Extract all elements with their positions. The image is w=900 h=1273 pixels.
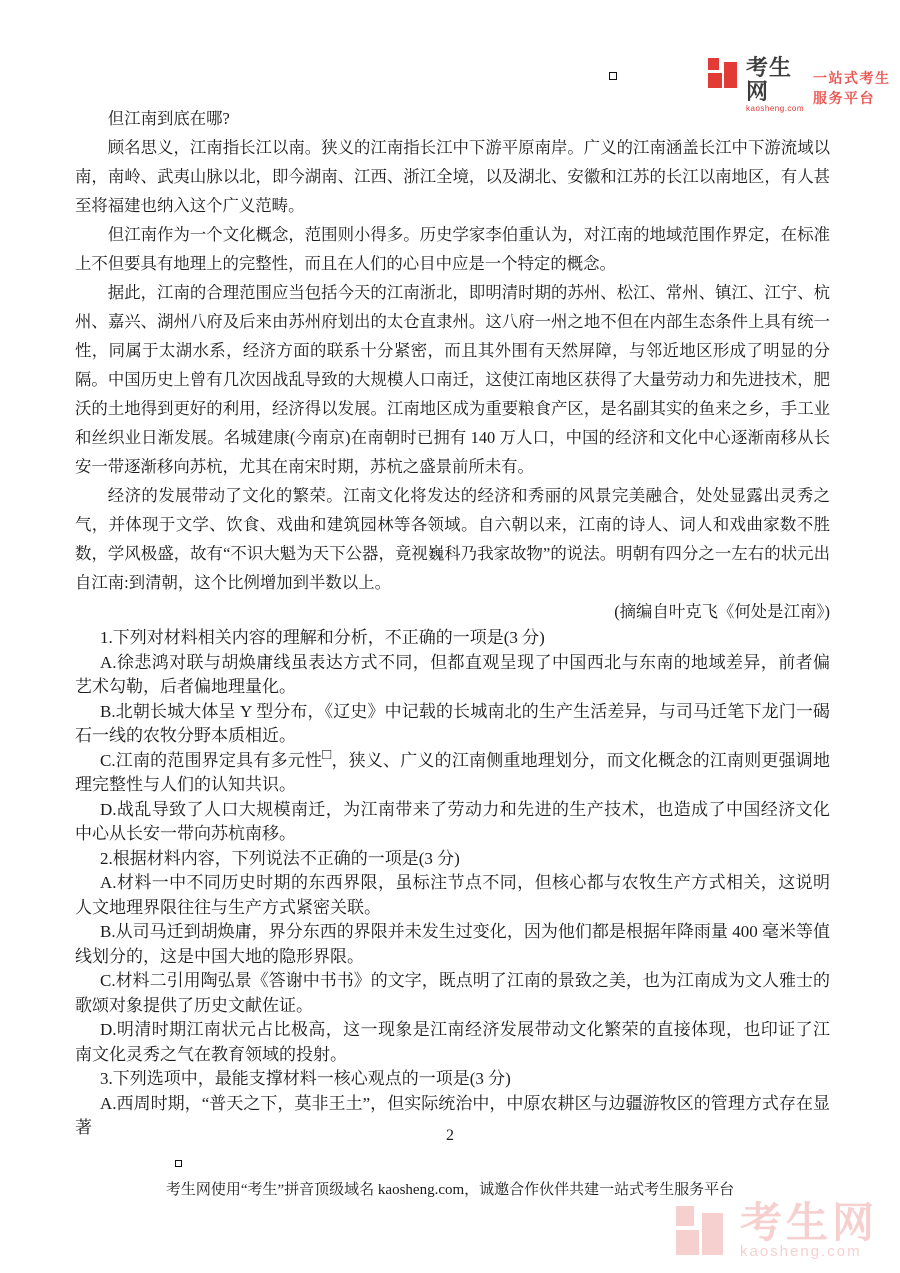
logo-tagline: 一站式考生服务平台 [813,68,900,108]
material-paragraph: 但江南到底在哪? [75,104,830,133]
kaosheng-watermark-icon [676,1203,730,1259]
option-c-text-before: C.江南的范围界定具有多元性 [100,751,322,770]
footer-slogan: 考生网使用“考生”拼音顶级域名 kaosheng.com，诚邀合作伙伴共建一站式… [0,1178,900,1199]
question-2-option-c: C.材料二引用陶弘景《答谢中书书》的文字，既点明了江南的景致之美，也为江南成为文… [75,969,830,1018]
reading-material: 但江南到底在哪? 顾名思义，江南指长江以南。狭义的江南指长江中下游平原南岸。广义… [75,104,830,626]
material-paragraph: 据此，江南的合理范围应当包括今天的江南浙北，即明清时期的苏州、松江、常州、镇江、… [75,278,830,481]
watermark-brand-text: 考生网 [740,1203,878,1243]
logo-brand-text: 考生网 [746,56,804,104]
question-2-stem: 2.根据材料内容，下列说法不正确的一项是(3 分) [75,847,830,872]
question-section: 1.下列对材料相关内容的理解和分析，不正确的一项是(3 分) A.徐悲鸿对联与胡… [75,626,830,1141]
material-paragraph: 顾名思义，江南指长江以南。狭义的江南指长江中下游平原南岸。广义的江南涵盖长江中下… [75,133,830,220]
kaosheng-logo-icon [708,56,741,90]
kaosheng-watermark: 考生网 kaosheng.com [676,1203,878,1260]
material-attribution: (摘编自叶克飞《何处是江南》) [75,597,830,626]
question-1-option-a: A.徐悲鸿对联与胡焕庸线虽表达方式不同，但都直观呈现了中国西北与东南的地域差异，… [75,651,830,700]
material-paragraph: 但江南作为一个文化概念，范围则小得多。历史学家李伯重认为，对江南的地域范围作界定… [75,220,830,278]
question-1-stem: 1.下列对材料相关内容的理解和分析，不正确的一项是(3 分) [75,626,830,651]
tofu-box-icon [609,72,617,80]
question-2-option-b: B.从司马迁到胡焕庸，界分东西的界限并未发生过变化，因为他们都是根据年降雨量 4… [75,920,830,969]
material-paragraph: 经济的发展带动了文化的繁荣。江南文化将发达的经济和秀丽的风景完美融合，处处显露出… [75,481,830,597]
question-3-stem: 3.下列选项中，最能支撑材料一核心观点的一项是(3 分) [75,1067,830,1092]
question-2-option-a: A.材料一中不同历史时期的东西界限，虽标注节点不同，但核心都与农牧生产方式相关，… [75,871,830,920]
question-1-option-c: C.江南的范围界定具有多元性□，狭义、广义的江南侧重地理划分，而文化概念的江南则… [75,749,830,798]
question-2-option-d: D.明清时期江南状元占比极高，这一现象是江南经济发展带动文化繁荣的直接体现，也印… [75,1018,830,1067]
exam-text-column: 但江南到底在哪? 顾名思义，江南指长江以南。狭义的江南指长江中下游平原南岸。广义… [75,104,830,1141]
watermark-name-block: 考生网 kaosheng.com [740,1203,878,1260]
question-1-option-d: D.战乱导致了人口大规模南迁，为江南带来了劳动力和先进的生产技术，也造成了中国经… [75,798,830,847]
tofu-box-icon [175,1160,182,1167]
page-number: 2 [0,1127,900,1145]
document-page: 考生网 kaosheng.com 一站式考生服务平台 但江南到底在哪? 顾名思义… [0,0,900,1273]
question-1-option-b: B.北朝长城大体呈 Y 型分布，《辽史》中记载的长城南北的生产生活差异，与司马迁… [75,700,830,749]
watermark-domain-text: kaosheng.com [740,1243,878,1260]
